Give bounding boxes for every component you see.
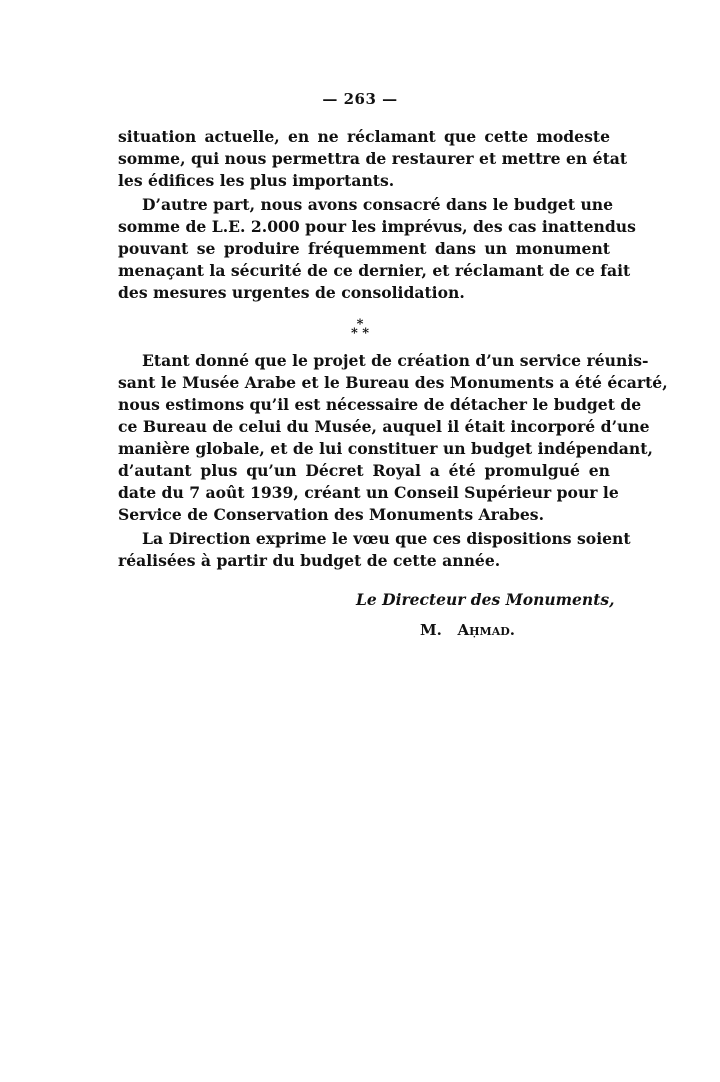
text-line: menaçant la sécurité de ce dernier, et r…	[118, 260, 610, 282]
text-line: pouvant se produire fréquemment dans un …	[118, 238, 610, 260]
section-separator-asterism: * * *	[0, 320, 720, 338]
asterism-bottom: * *	[0, 329, 720, 338]
text-line: date du 7 août 1939, créant un Conseil S…	[118, 482, 610, 504]
text-line: des mesures urgentes de consolidation.	[118, 282, 610, 304]
signature-initial: M.	[420, 621, 442, 639]
text-line: situation actuelle, en ne réclamant que …	[118, 126, 610, 148]
text-line: les édifices les plus importants.	[118, 170, 610, 192]
text-line: d’autant plus qu’un Décret Royal a été p…	[118, 460, 610, 482]
text-line: sant le Musée Arabe et le Bureau des Mon…	[118, 372, 610, 394]
page-number: — 263 —	[0, 90, 720, 108]
text-line: manière globale, et de lui constituer un…	[118, 438, 610, 460]
text-line: réalisées à partir du budget de cette an…	[118, 550, 610, 572]
signature-surname: Aḥmad.	[458, 621, 516, 639]
text-line: somme, qui nous permettra de restaurer e…	[118, 148, 610, 170]
signature-title: Le Directeur des Monuments,	[356, 590, 614, 609]
signature-name: M. Aḥmad.	[420, 621, 515, 639]
text-line: nous estimons qu’il est nécessaire de dé…	[118, 394, 610, 416]
text-line: Service de Conservation des Monuments Ar…	[118, 504, 610, 526]
text-line: somme de L.E. 2.000 pour les imprévus, d…	[118, 216, 610, 238]
paragraph-3: Etant donné que le projet de création d’…	[118, 350, 610, 526]
paragraph-4: La Direction exprime le vœu que ces disp…	[118, 528, 610, 572]
paragraph-1: situation actuelle, en ne réclamant que …	[118, 126, 610, 192]
text-line: D’autre part, nous avons consacré dans l…	[118, 194, 610, 216]
paragraph-2: D’autre part, nous avons consacré dans l…	[118, 194, 610, 304]
text-line: Etant donné que le projet de création d’…	[118, 350, 610, 372]
text-line: ce Bureau de celui du Musée, auquel il é…	[118, 416, 610, 438]
text-line: La Direction exprime le vœu que ces disp…	[118, 528, 610, 550]
